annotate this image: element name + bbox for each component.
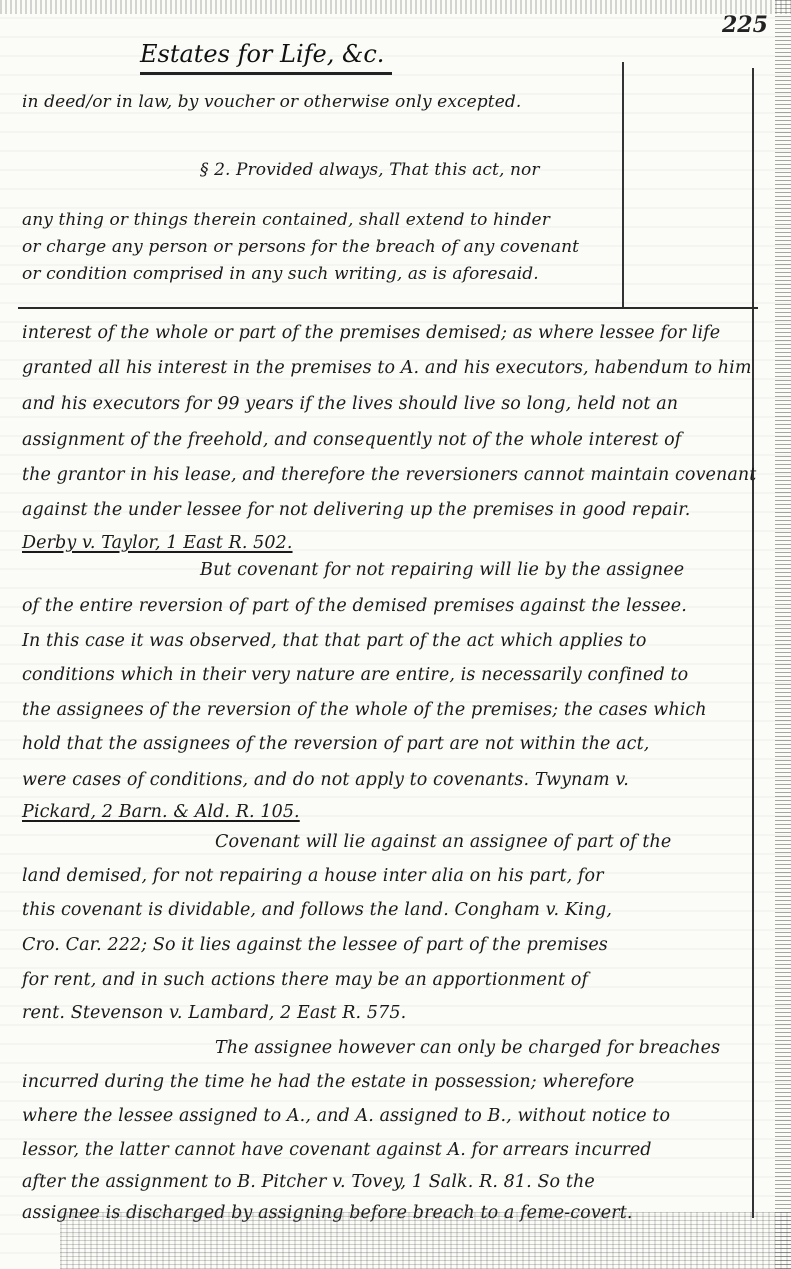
paragraph-start-line: The assignee however can only be charged… xyxy=(215,1038,720,1058)
text-line: interest of the whole or part of the pre… xyxy=(22,323,720,343)
text-line: or charge any person or persons for the … xyxy=(22,237,579,257)
text-line: hold that the assignees of the reversion… xyxy=(22,734,649,754)
text-line: any thing or things therein contained, s… xyxy=(22,210,550,230)
scan-noise-bottom xyxy=(60,1212,791,1269)
case-citation: Derby v. Taylor, 1 East R. 502. xyxy=(22,533,293,553)
text-line: lessor, the latter cannot have covenant … xyxy=(22,1140,652,1160)
margin-column-rule-left xyxy=(622,62,624,308)
text-line: In this case it was observed, that that … xyxy=(22,631,647,651)
scan-noise-top xyxy=(0,0,791,14)
margin-column-rule-right xyxy=(752,68,754,1218)
text-line: land demised, for not repairing a house … xyxy=(22,866,604,886)
text-line: incurred during the time he had the esta… xyxy=(22,1072,634,1092)
text-line: assignment of the freehold, and conseque… xyxy=(22,430,681,450)
section-divider-rule xyxy=(18,307,758,309)
text-line: in deed/or in law, by voucher or otherwi… xyxy=(22,92,521,112)
case-citation: Pickard, 2 Barn. & Ald. R. 105. xyxy=(22,802,300,822)
paragraph-start-line: But covenant for not repairing will lie … xyxy=(200,560,684,580)
text-line: Cro. Car. 222; So it lies against the le… xyxy=(22,935,608,955)
text-line: the assignees of the reversion of the wh… xyxy=(22,700,707,720)
manuscript-page: 225 Estates for Life, &c. in deed/or in … xyxy=(0,0,791,1269)
text-line: and his executors for 99 years if the li… xyxy=(22,394,678,414)
scan-noise-right-edge xyxy=(775,0,791,1269)
text-line: conditions which in their very nature ar… xyxy=(22,665,688,685)
text-line: after the assignment to B. Pitcher v. To… xyxy=(22,1172,595,1192)
section-heading-line: § 2. Provided always, That this act, nor xyxy=(200,160,540,180)
text-line: this covenant is dividable, and follows … xyxy=(22,900,612,920)
text-line: or condition comprised in any such writi… xyxy=(22,264,539,284)
paragraph-start-line: Covenant will lie against an assignee of… xyxy=(215,832,671,852)
text-line: rent. Stevenson v. Lambard, 2 East R. 57… xyxy=(22,1003,406,1023)
text-line: the grantor in his lease, and therefore … xyxy=(22,465,756,485)
text-line: were cases of conditions, and do not app… xyxy=(22,770,629,790)
text-line: against the under lessee for not deliver… xyxy=(22,500,690,520)
text-line: for rent, and in such actions there may … xyxy=(22,970,588,990)
text-line: of the entire reversion of part of the d… xyxy=(22,596,687,616)
text-line: granted all his interest in the premises… xyxy=(22,358,752,378)
page-number: 225 xyxy=(722,12,768,38)
text-line: where the lessee assigned to A., and A. … xyxy=(22,1106,670,1126)
page-title: Estates for Life, &c. xyxy=(140,40,392,75)
